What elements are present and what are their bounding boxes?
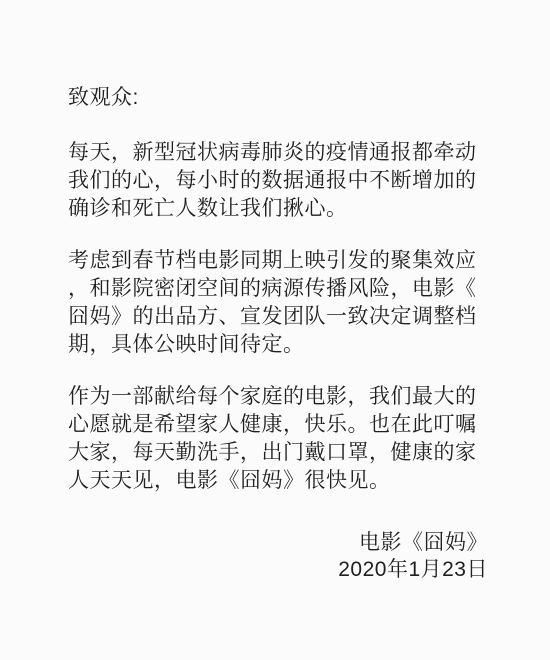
signature-date: 2020年1月23日 bbox=[68, 556, 488, 583]
paragraph-release-postponement: 考虑到春节档电影同期上映引发的聚集效应 ，和影院密闭空间的病源传播风险，电影《 … bbox=[68, 247, 488, 359]
paragraph-health-wishes: 作为一部献给每个家庭的电影，我们最大的 心愿就是希望家人健康，快乐。也在此叮嘱 … bbox=[68, 383, 488, 495]
signature-block: 电影《囧妈》 2020年1月23日 bbox=[68, 529, 488, 583]
announcement-letter: 致观众: 每天，新型冠状病毒肺炎的疫情通报都牵动 我们的心，每小时的数据通报中不… bbox=[0, 0, 550, 660]
salutation: 致观众: bbox=[68, 84, 488, 112]
paragraph-epidemic-concern: 每天，新型冠状病毒肺炎的疫情通报都牵动 我们的心，每小时的数据通报中不断增加的 … bbox=[68, 139, 488, 223]
signature-name: 电影《囧妈》 bbox=[68, 529, 488, 556]
